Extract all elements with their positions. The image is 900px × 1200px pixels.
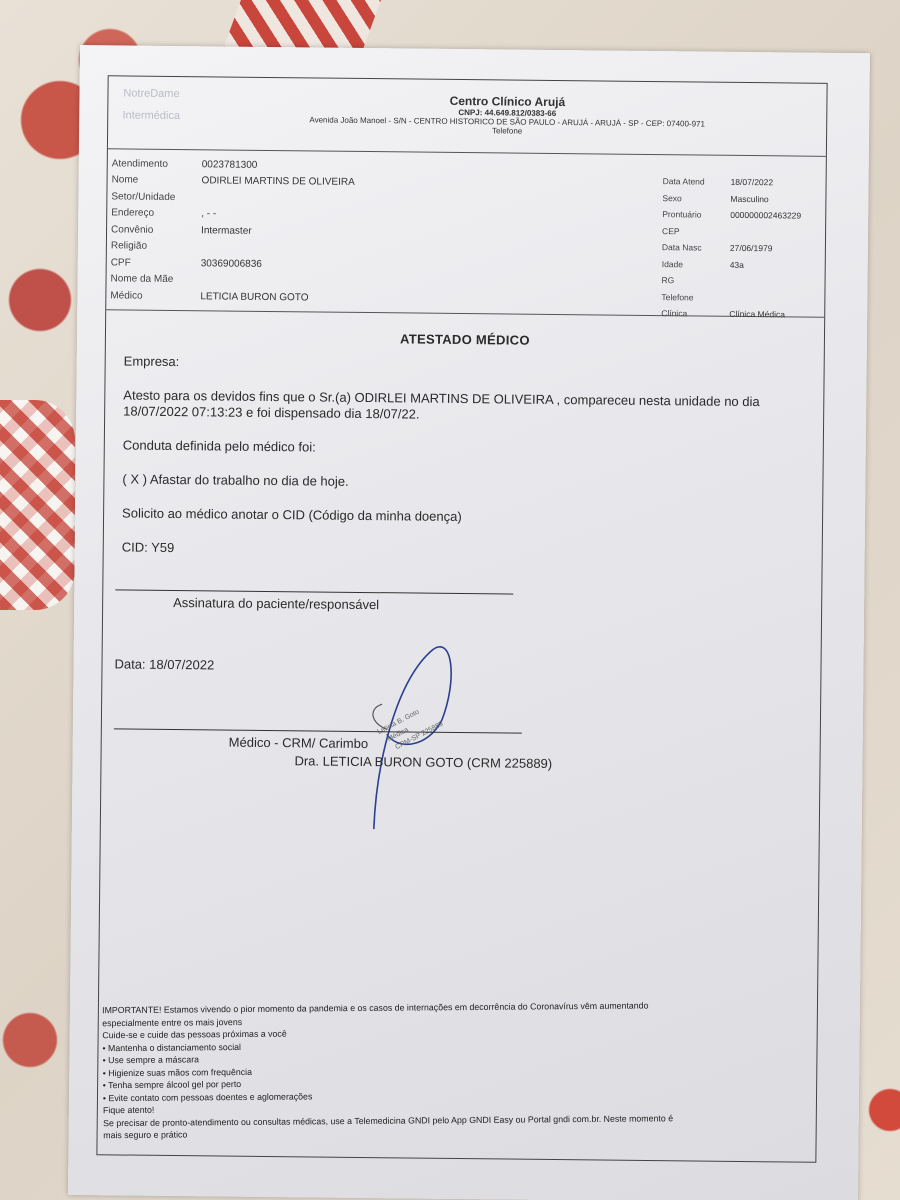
info-row: Prontuário000000002463229 xyxy=(662,206,801,224)
info-label: Nome xyxy=(112,175,202,187)
logo-line-1: NotreDame xyxy=(116,82,186,105)
patient-info-right: Data Atend18/07/2022SexoMasculinoProntuá… xyxy=(661,173,801,323)
solicito-text: Solicito ao médico anotar o CID (Código … xyxy=(122,505,804,528)
info-row: ClínicaClínica Médica xyxy=(661,305,800,323)
patient-signature-line xyxy=(115,589,513,594)
info-label: Atendimento xyxy=(112,158,202,170)
info-label: Idade xyxy=(662,259,730,270)
document-frame: NotreDame Intermédica Centro Clínico Aru… xyxy=(96,75,827,1162)
info-label: Nome da Mãe xyxy=(110,274,200,286)
patient-info: Atendimento0023781300NomeODIRLEI MARTINS… xyxy=(106,149,826,318)
info-row: MédicoLETICIA BURON GOTO xyxy=(110,287,353,306)
info-value: ODIRLEI MARTINS DE OLIVEIRA xyxy=(202,176,355,189)
logo-line-2: Intermédica xyxy=(116,104,186,127)
info-value: Clínica Médica xyxy=(729,309,785,320)
info-label: Convênio xyxy=(111,224,201,236)
doctor-signature-label: Médico - CRM/ Carimbo xyxy=(229,735,369,751)
cid-code: CID: Y59 xyxy=(122,539,804,562)
info-label: CEP xyxy=(662,226,730,237)
info-row: Data Atend18/07/2022 xyxy=(663,173,802,191)
document-header: NotreDame Intermédica Centro Clínico Aru… xyxy=(108,76,827,157)
patient-signature-label: Assinatura do paciente/responsável xyxy=(173,595,379,612)
doctor-signature: Leticia B. Goto Médica CRM-SP 225889 xyxy=(356,639,488,840)
document-title: ATESTADO MÉDICO xyxy=(124,328,806,350)
covid-notice: IMPORTANTE! Estamos vivendo o pior momen… xyxy=(96,988,815,1154)
info-value: 000000002463229 xyxy=(730,210,801,221)
doctor-name: Dra. LETICIA BURON GOTO (CRM 225889) xyxy=(294,753,552,771)
conduta-text: Conduta definida pelo médico foi: xyxy=(123,437,805,460)
info-value: LETICIA BURON GOTO xyxy=(200,291,308,303)
info-row: RG xyxy=(661,272,800,290)
info-row: SexoMasculino xyxy=(662,190,801,208)
info-row: Idade43a xyxy=(662,256,801,274)
info-label: Data Nasc xyxy=(662,242,730,253)
medical-certificate-paper: NotreDame Intermédica Centro Clínico Aru… xyxy=(68,45,870,1200)
attest-text: Atesto para os devidos fins que o Sr.(a)… xyxy=(123,387,805,426)
patient-info-left: Atendimento0023781300NomeODIRLEI MARTINS… xyxy=(110,155,355,306)
info-value: 43a xyxy=(730,260,744,270)
info-label: Data Atend xyxy=(663,176,731,187)
empresa-label: Empresa: xyxy=(124,353,806,376)
info-label: Religião xyxy=(111,241,201,253)
info-label: RG xyxy=(662,275,730,286)
info-value: , - - xyxy=(201,209,216,220)
info-label: Clínica xyxy=(661,308,729,319)
certificate-body: ATESTADO MÉDICO Empresa: Atesto para os … xyxy=(104,328,824,563)
afastar-option: ( X ) Afastar do trabalho no dia de hoje… xyxy=(122,471,804,494)
info-value: Masculino xyxy=(730,194,768,204)
info-label: Prontuário xyxy=(662,209,730,220)
date-text: Data: 18/07/2022 xyxy=(114,656,214,672)
info-row: CEP xyxy=(662,223,801,241)
info-label: Telefone xyxy=(661,292,729,303)
info-label: Sexo xyxy=(662,193,730,204)
info-value: Intermaster xyxy=(201,225,252,237)
clinic-logo: NotreDame Intermédica xyxy=(116,82,187,139)
clinic-info: Centro Clínico Arujá CNPJ: 44.649.812/03… xyxy=(198,91,816,138)
info-label: Endereço xyxy=(111,208,201,220)
info-label: Médico xyxy=(110,290,200,302)
info-row: Telefone xyxy=(661,289,800,307)
info-value: 0023781300 xyxy=(202,159,258,171)
info-value: 30369006836 xyxy=(201,258,262,270)
background-cloth-heart xyxy=(0,400,75,610)
info-label: Setor/Unidade xyxy=(111,191,201,203)
info-label: CPF xyxy=(111,257,201,269)
info-value: 18/07/2022 xyxy=(731,177,774,187)
info-row: Data Nasc27/06/1979 xyxy=(662,239,801,257)
info-value: 27/06/1979 xyxy=(730,243,773,253)
